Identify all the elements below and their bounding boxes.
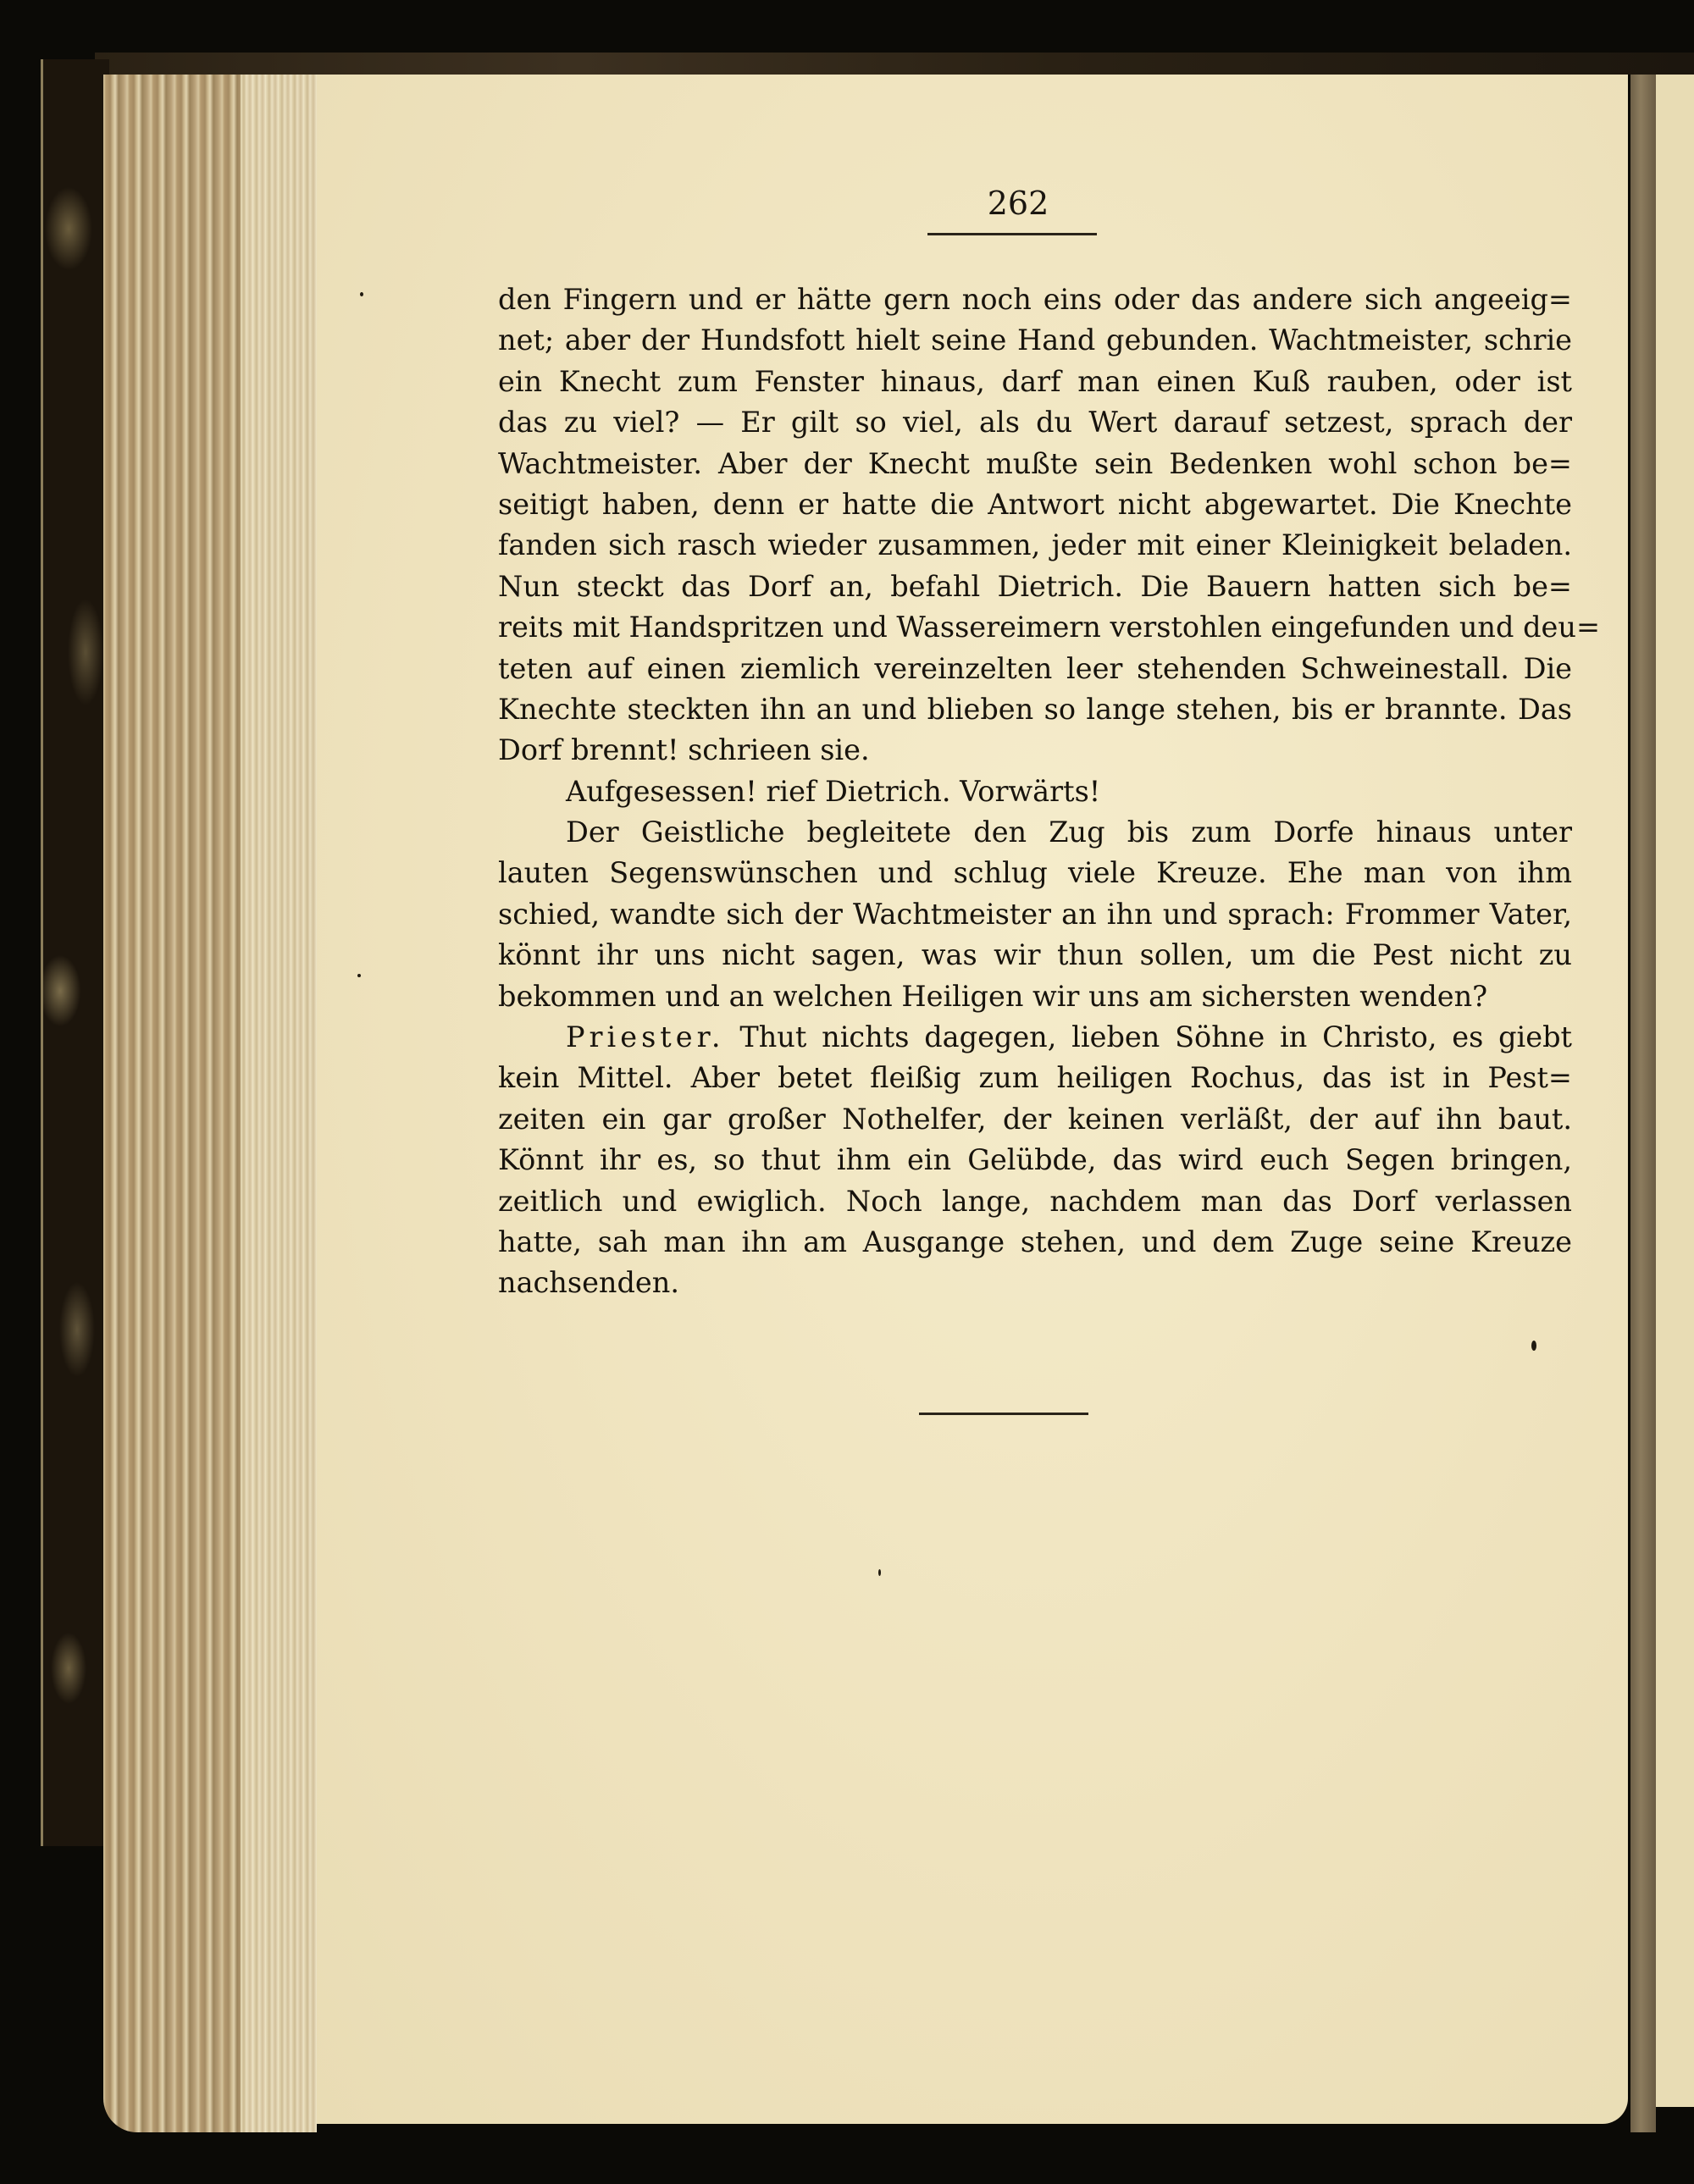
text-line: teten auf einen ziemlich vereinzelten le…	[498, 649, 1572, 689]
text-line: hatte, sah man ihn am Ausgange stehen, u…	[498, 1222, 1572, 1263]
text-line: nachsenden.	[498, 1263, 1572, 1303]
body-text: den Fingern und er hätte gern noch eins …	[498, 279, 1572, 1304]
text-line: zeiten ein gar großer Nothelfer, der kei…	[498, 1099, 1572, 1140]
text-line: reits mit Handspritzen und Wassereimern …	[498, 607, 1572, 648]
text-line: den Fingern und er hätte gern noch eins …	[498, 279, 1572, 320]
text-line: seitigt haben, denn er hatte die Antwort…	[498, 484, 1572, 525]
speaker-text: Thut nichts dagegen, lieben Söhne in Chr…	[725, 1020, 1572, 1053]
text-line: Dorf brennt! schrieen sie.	[498, 730, 1572, 771]
text-line: Aufgesessen! rief Dietrich. Vorwärts!	[498, 771, 1572, 812]
text-line: ein Knecht zum Fenster hinaus, darf man …	[498, 362, 1572, 402]
book-cover-top-edge	[95, 53, 1694, 75]
text-line: lauten Segenswünschen und schlug viele K…	[498, 853, 1572, 893]
book-cover-marbled	[41, 59, 109, 1846]
text-line: net; aber der Hundsfott hielt seine Hand…	[498, 320, 1572, 361]
text-line: Wachtmeister. Aber der Knecht mußte sein…	[498, 444, 1572, 484]
section-end-rule	[919, 1413, 1088, 1415]
text-line: Der Geistliche begleitete den Zug bis zu…	[498, 812, 1572, 853]
book-gutter	[1630, 75, 1656, 2132]
text-line: könnt ihr uns nicht sagen, was wir thun …	[498, 935, 1572, 976]
page-block-edges	[103, 75, 317, 2132]
text-line-speaker: Priester. Thut nichts dagegen, lieben Sö…	[498, 1017, 1572, 1058]
header-rule	[927, 233, 1097, 235]
text-line: fanden sich rasch wieder zusammen, jeder…	[498, 525, 1572, 566]
speaker-label: Priester.	[566, 1020, 725, 1053]
paper-speck	[357, 974, 361, 977]
text-line: bekommen und an welchen Heiligen wir uns…	[498, 976, 1572, 1017]
paper-speck	[1531, 1341, 1536, 1351]
text-line: Knechte steckten ihn an und blieben so l…	[498, 689, 1572, 730]
text-line: kein Mittel. Aber betet fleißig zum heil…	[498, 1058, 1572, 1098]
paper-speck	[360, 292, 363, 296]
text-line: das zu viel? — Er gilt so viel, als du W…	[498, 402, 1572, 443]
facing-page-edge	[1656, 75, 1694, 2107]
paper-speck	[878, 1569, 881, 1576]
page-number: 262	[942, 185, 1094, 222]
text-line: zeitlich und ewiglich. Noch lange, nachd…	[498, 1181, 1572, 1222]
text-line: schied, wandte sich der Wachtmeister an …	[498, 894, 1572, 935]
text-line: Könnt ihr es, so thut ihm ein Gelübde, d…	[498, 1140, 1572, 1180]
text-line: Nun steckt das Dorf an, befahl Dietrich.…	[498, 567, 1572, 607]
